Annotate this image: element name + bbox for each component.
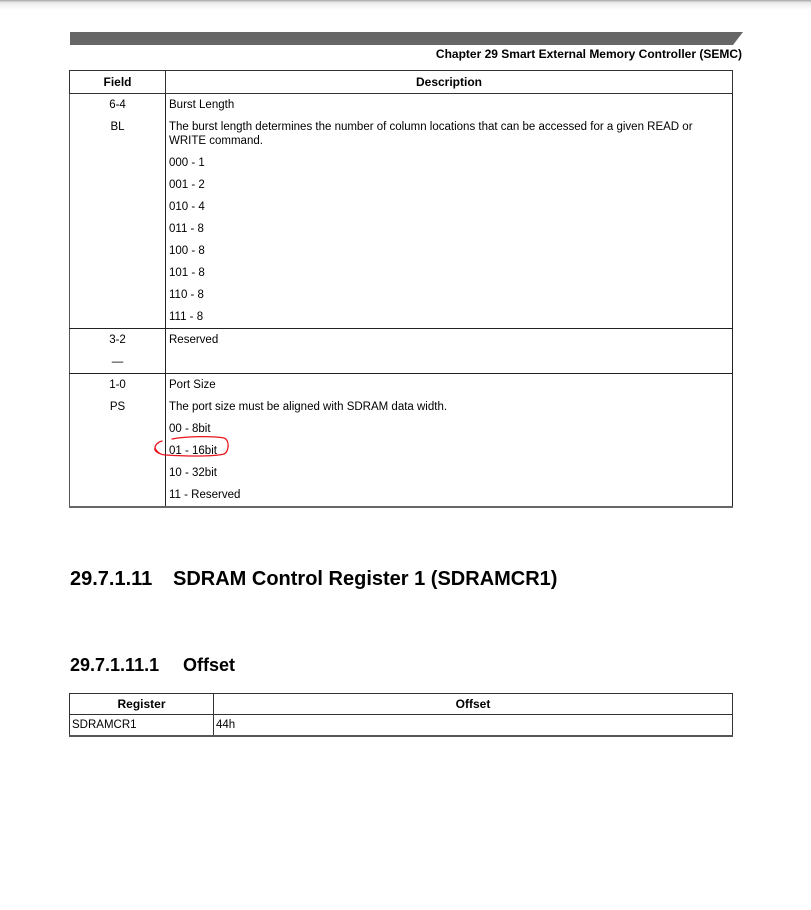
section-heading-offset: 29.7.1.11.1Offset xyxy=(70,655,235,676)
table-row: SDRAMCR1 44h xyxy=(70,715,733,737)
section-heading-sdramcr1: 29.7.1.11SDRAM Control Register 1 (SDRAM… xyxy=(70,568,557,591)
table-header-row: Register Offset xyxy=(70,694,733,715)
value-item: 010 - 4 xyxy=(169,196,732,218)
description-cell: Reserved xyxy=(166,329,733,374)
field-name: — xyxy=(70,351,165,373)
field-bits: 6-4 xyxy=(70,94,165,116)
field-title: Burst Length xyxy=(169,94,732,116)
register-cell: SDRAMCR1 xyxy=(70,715,214,737)
field-description: The port size must be aligned with SDRAM… xyxy=(169,396,732,418)
section-title: Offset xyxy=(183,655,235,675)
column-header-field: Field xyxy=(70,71,166,94)
table-row-reserved: 3-2 — Reserved xyxy=(70,329,733,374)
value-item: 101 - 8 xyxy=(169,262,732,284)
offset-cell: 44h xyxy=(214,715,733,737)
value-item: 110 - 8 xyxy=(169,284,732,306)
section-number: 29.7.1.11 xyxy=(70,568,173,591)
annotation-highlight: 01 - 16bit xyxy=(169,440,217,462)
field-name: BL xyxy=(70,116,165,138)
chapter-title: Chapter 29 Smart External Memory Control… xyxy=(436,47,742,61)
value-item: 011 - 8 xyxy=(169,218,732,240)
field-title: Port Size xyxy=(169,374,732,396)
offset-table: Register Offset SDRAMCR1 44h xyxy=(69,693,733,737)
chapter-header-bar xyxy=(70,32,743,45)
value-item: 11 - Reserved xyxy=(169,484,732,506)
field-cell: 3-2 — xyxy=(70,329,166,374)
value-item-annotated: 01 - 16bit xyxy=(169,440,732,462)
field-cell: 1-0 PS xyxy=(70,374,166,508)
value-item: 111 - 8 xyxy=(169,306,732,328)
value-item: 01 - 16bit xyxy=(169,445,217,457)
value-item: 100 - 8 xyxy=(169,240,732,262)
field-name: PS xyxy=(70,396,165,418)
value-item: 00 - 8bit xyxy=(169,418,732,440)
register-field-table: Field Description 6-4 BL Burst Length Th… xyxy=(69,70,733,508)
field-bits: 3-2 xyxy=(70,329,165,351)
value-item: 001 - 2 xyxy=(169,174,732,196)
value-item: 000 - 1 xyxy=(169,152,732,174)
field-description: The burst length determines the number o… xyxy=(169,116,732,152)
column-header-register: Register xyxy=(70,694,214,715)
value-item: 10 - 32bit xyxy=(169,462,732,484)
description-cell: Burst Length The burst length determines… xyxy=(166,94,733,329)
field-title: Reserved xyxy=(169,329,732,351)
viewer-top-edge xyxy=(0,0,811,10)
section-title: SDRAM Control Register 1 (SDRAMCR1) xyxy=(173,568,557,590)
field-bits: 1-0 xyxy=(70,374,165,396)
column-header-offset: Offset xyxy=(214,694,733,715)
section-number: 29.7.1.11.1 xyxy=(70,655,183,676)
table-row-ps: 1-0 PS Port Size The port size must be a… xyxy=(70,374,733,508)
table-header-row: Field Description xyxy=(70,71,733,94)
table-row-bl: 6-4 BL Burst Length The burst length det… xyxy=(70,94,733,329)
description-cell: Port Size The port size must be aligned … xyxy=(166,374,733,508)
field-cell: 6-4 BL xyxy=(70,94,166,329)
column-header-description: Description xyxy=(166,71,733,94)
